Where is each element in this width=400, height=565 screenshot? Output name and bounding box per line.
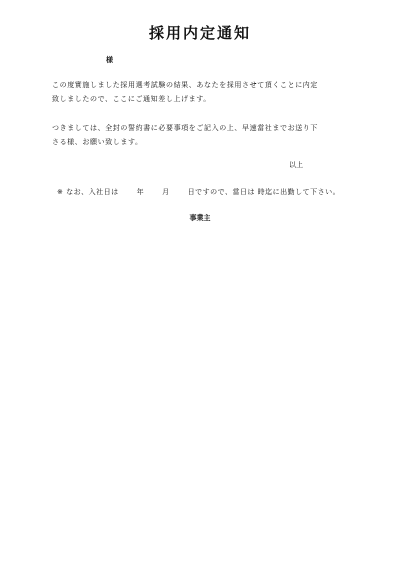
note-prefix: ※ なお、入社日は bbox=[57, 188, 119, 196]
note-year: 年 bbox=[137, 188, 145, 196]
start-date-note: ※ なお、入社日は年月日ですので、當日は 時迄に出勤して下さい。 bbox=[57, 187, 340, 197]
note-month: 月 bbox=[162, 188, 170, 196]
paragraph-line: つきましては、全封の誓約書に必要事項をご記入の上、早速當社までお送り下 bbox=[52, 121, 352, 135]
document-title: 採用内定通知 bbox=[0, 23, 400, 43]
addressee-suffix: 様 bbox=[106, 55, 113, 65]
paragraph-line: 致しましたので、ここにご通知差し上げます。 bbox=[52, 92, 352, 106]
closing-text: 以上 bbox=[289, 160, 303, 170]
note-suffix: 日ですので、當日は 時迄に出勤して下さい。 bbox=[188, 188, 341, 196]
paragraph-line: この度實施しました採用選考試験の結果、あなたを採用させて頂くことに内定 bbox=[52, 78, 352, 92]
document-page: 採用内定通知 様 この度實施しました採用選考試験の結果、あなたを採用させて頂くこ… bbox=[0, 0, 400, 565]
paragraph-request: つきましては、全封の誓約書に必要事項をご記入の上、早速當社までお送り下 さる様、… bbox=[52, 121, 352, 149]
sender-label: 事業主 bbox=[0, 213, 400, 223]
paragraph-line: さる様、お願い致します。 bbox=[52, 135, 352, 149]
paragraph-notification: この度實施しました採用選考試験の結果、あなたを採用させて頂くことに内定 致しまし… bbox=[52, 78, 352, 106]
